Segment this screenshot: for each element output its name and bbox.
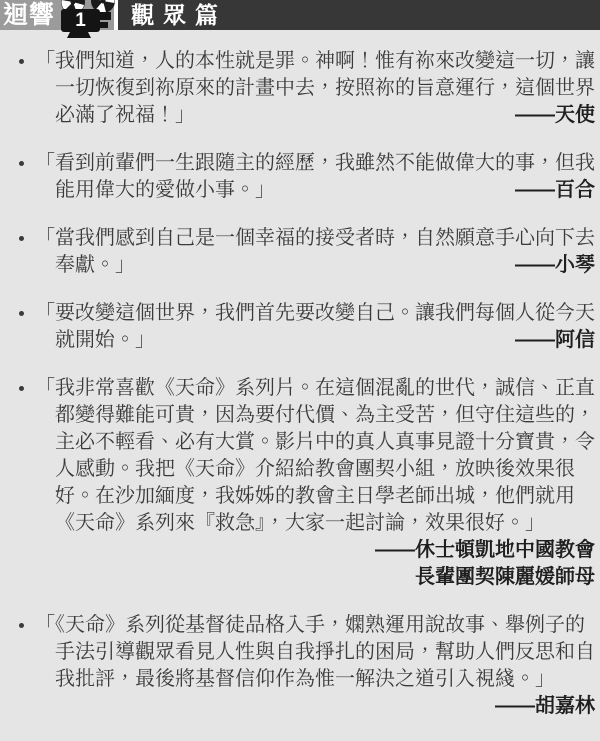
quote-attribution-line: ——小琴 — [515, 252, 595, 279]
quote-attribution-line: ——胡嘉林 — [495, 693, 595, 720]
quote-text: 「要改變這個世界，我們首先要改變自己。讓我們每個人從今天就開始。」——阿信 — [55, 300, 595, 354]
quote-attribution-line: ——阿信 — [515, 327, 595, 354]
quote-attribution: ——胡嘉林 — [495, 693, 595, 720]
section-header: 迴響 — [0, 0, 600, 30]
quote-text-content: 「當我們感到自己是一個幸福的接受者時，自然願意手心向下去奉獻。」 — [35, 227, 595, 276]
quote-attribution: ——小琴 — [515, 252, 595, 279]
quote-text: 「我非常喜歡《天命》系列片。在這個混亂的世代，誠信、正直都變得難能可貴，因為要付… — [55, 375, 595, 537]
bullet-icon — [19, 623, 24, 628]
echo-label: 迴響 — [3, 1, 55, 29]
quote-attribution-line: ——休士頓凱地中國教會 — [375, 537, 595, 564]
quote-item: 「看到前輩們一生跟隨主的經歷，我雖然不能做偉大的事，但我能用偉大的愛做小事。」—… — [0, 150, 595, 204]
quote-text-content: 「我們知道，人的本性就是罪。神啊！惟有祢來改變這一切，讓一切恢復到祢原來的計畫中… — [35, 50, 595, 126]
bullet-icon — [19, 161, 24, 166]
quote-attribution: ——天使 — [515, 102, 595, 129]
quote-attribution-line: ——天使 — [515, 102, 595, 129]
section-title: 觀眾篇 — [131, 2, 227, 28]
quote-text-content: 「看到前輩們一生跟隨主的經歷，我雖然不能做偉大的事，但我能用偉大的愛做小事。」 — [35, 152, 595, 201]
quote-text-content: 「我非常喜歡《天命》系列片。在這個混亂的世代，誠信、正直都變得難能可貴，因為要付… — [35, 377, 595, 534]
quote-attribution: ——百合 — [515, 177, 595, 204]
quote-text-content: 「《天命》系列從基督徒品格入手，嫻熟運用說故事、舉例子的手法引導觀眾看見人性與自… — [35, 614, 595, 690]
bullet-icon — [19, 236, 24, 241]
quote-attribution: ——阿信 — [515, 327, 595, 354]
quote-text-content: 「要改變這個世界，我們首先要改變自己。讓我們每個人從今天就開始。」 — [35, 302, 595, 351]
quote-text: 「《天命》系列從基督徒品格入手，嫻熟運用說故事、舉例子的手法引導觀眾看見人性與自… — [55, 612, 595, 693]
bullet-icon — [19, 386, 24, 391]
film-projector-icon: 1 — [57, 0, 117, 40]
quote-text: 「當我們感到自己是一個幸福的接受者時，自然願意手心向下去奉獻。」——小琴 — [55, 225, 595, 279]
quote-item: 「我們知道，人的本性就是罪。神啊！惟有祢來改變這一切，讓一切恢復到祢原來的計畫中… — [0, 48, 595, 129]
section-title-bar: 觀眾篇 — [118, 0, 600, 30]
quote-item: 「我非常喜歡《天命》系列片。在這個混亂的世代，誠信、正直都變得難能可貴，因為要付… — [0, 375, 595, 591]
quotes-list: 「我們知道，人的本性就是罪。神啊！惟有祢來改變這一切，讓一切恢復到祢原來的計畫中… — [0, 30, 600, 720]
quote-text: 「我們知道，人的本性就是罪。神啊！惟有祢來改變這一切，讓一切恢復到祢原來的計畫中… — [55, 48, 595, 129]
quote-item: 「要改變這個世界，我們首先要改變自己。讓我們每個人從今天就開始。」——阿信 — [0, 300, 595, 354]
bullet-icon — [19, 59, 24, 64]
quote-text: 「看到前輩們一生跟隨主的經歷，我雖然不能做偉大的事，但我能用偉大的愛做小事。」—… — [55, 150, 595, 204]
quote-attribution: ——休士頓凱地中國教會長輩團契陳麗媛師母 — [375, 537, 595, 591]
section-number: 1 — [61, 9, 100, 32]
quote-attribution-line: 長輩團契陳麗媛師母 — [375, 564, 595, 591]
bullet-icon — [19, 311, 24, 316]
quote-item: 「當我們感到自己是一個幸福的接受者時，自然願意手心向下去奉獻。」——小琴 — [0, 225, 595, 279]
quote-attribution-line: ——百合 — [515, 177, 595, 204]
quote-item: 「《天命》系列從基督徒品格入手，嫻熟運用說故事、舉例子的手法引導觀眾看見人性與自… — [0, 612, 595, 720]
